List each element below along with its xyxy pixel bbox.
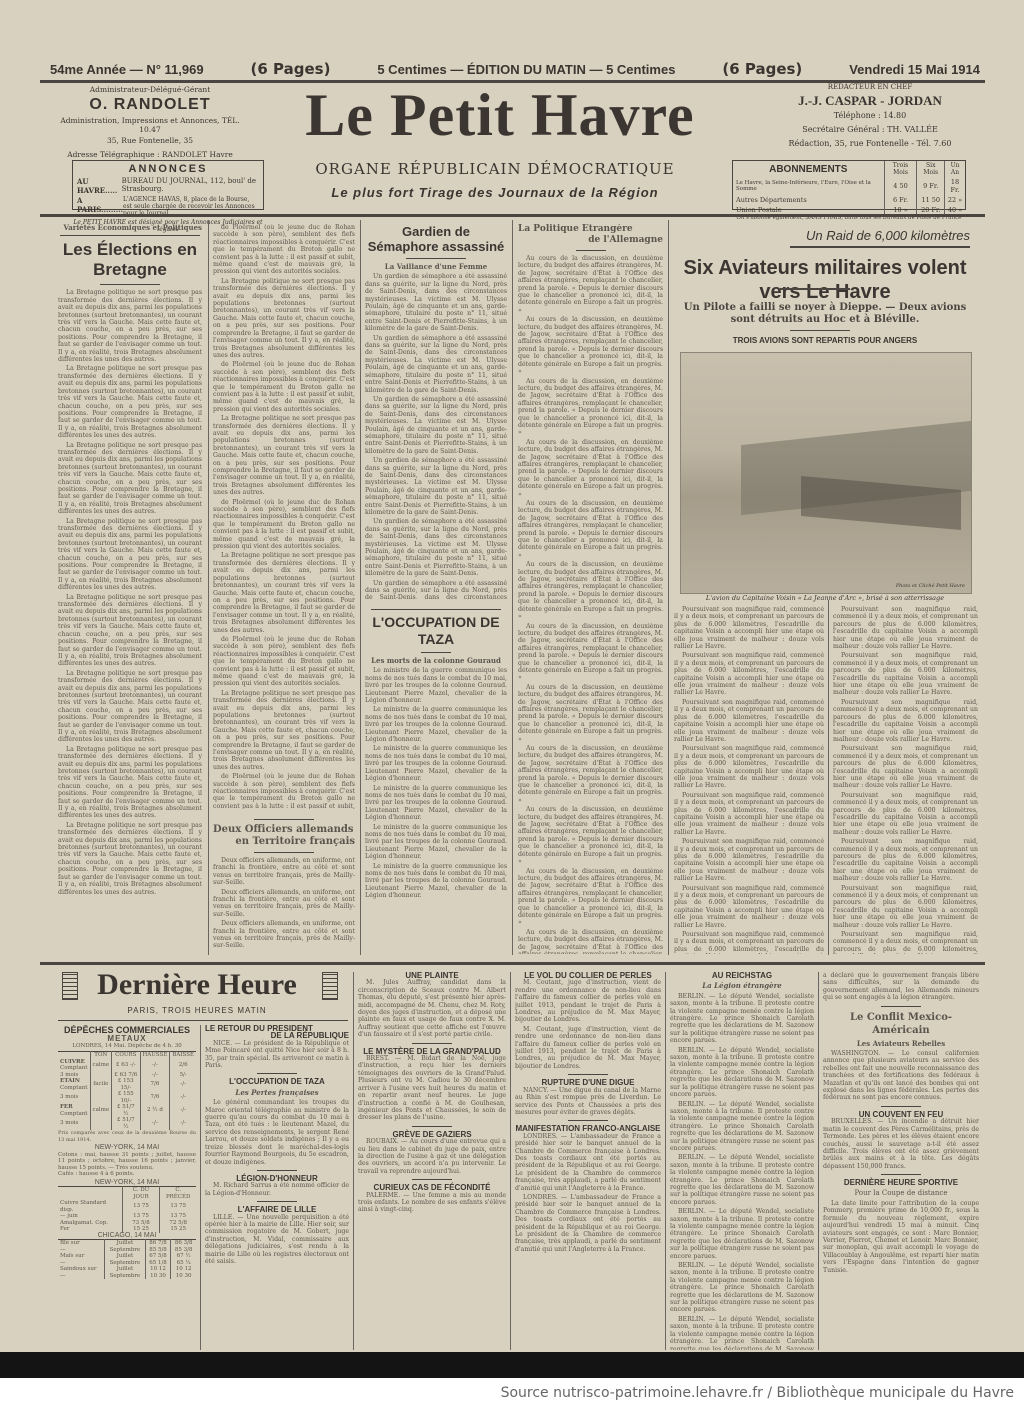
derniere-heure-subtitle: PARIS, TROIS HEURES MATIN — [72, 1006, 322, 1015]
photo-caption: L'avion du Capitaine Voisin « La Jeanne … — [680, 594, 970, 602]
admin-title: Administrateur-Délégué-Gérant — [50, 85, 250, 94]
bottom-column-5: AU REICHSTAG La Légion étrangère BERLIN.… — [670, 972, 814, 1350]
scan-edge — [0, 1352, 1024, 1378]
divider — [790, 330, 850, 331]
photo-credit: Photo et Cliché Petit Havre — [896, 583, 965, 589]
article-subhead: Pour la Coupe de distance — [823, 1190, 979, 1197]
article-body: Poursuivant son magnifique raid, commenc… — [674, 606, 824, 650]
divider — [881, 1006, 921, 1007]
abonnements-box: ABONNEMENTSTrois MoisSix MoisUn An Le Ha… — [732, 160, 966, 210]
table-row: CUIVREComptantcalme£ 63 -/--/-2/6 — [58, 1059, 196, 1072]
article-body: a déclaré que le gouvernement français l… — [823, 972, 979, 1002]
article-headline: Deux Officiers allemands — [213, 824, 355, 836]
airplane-photo: Photo et Cliché Petit Havre — [680, 352, 972, 594]
article-body: Le ministre de la guerre communique les … — [365, 667, 507, 704]
article-aviateurs-body-1: Poursuivant son magnifique raid, commenc… — [674, 606, 824, 954]
depeches-note: Prix comparés avec ceux de la deuxième B… — [58, 1130, 196, 1143]
divider — [881, 1174, 921, 1175]
article-headline: L'OCCUPATION DE TAZA — [365, 614, 507, 648]
bottom-column-4: LE VOL DU COLLIER DE PERLES M. Coutant, … — [515, 972, 661, 1350]
table-row: Blé surJuillet86 7/886 3/8 — [58, 1240, 196, 1247]
divider — [568, 1074, 608, 1075]
article-semaphore: Gardien de Sémaphore assassiné La Vailla… — [365, 224, 507, 599]
article-body: Le général commandant les troupes du Mar… — [205, 1099, 349, 1166]
column-divider — [818, 972, 819, 1350]
article-headline: Les Élections en Bretagne — [58, 240, 202, 280]
article-body: La Bretagne politique ne sort presque pa… — [58, 289, 202, 363]
article-kicker: Variétés Économiques et Politiques — [58, 224, 202, 231]
article-headline: UN COUVENT EN FEU — [823, 1111, 979, 1118]
article-subhead: Les Pertes françaises — [205, 1089, 349, 1096]
annonces-box: ANNONCES AU HAVRE.....BUREAU DU JOURNAL,… — [72, 160, 264, 210]
table-row: Autres Départements6 Fr.11 5022 » — [733, 195, 965, 205]
admin-telegraph: Adresse Télégraphique : RANDOLET Havre — [50, 150, 250, 159]
divider — [254, 852, 314, 853]
article-body: LILLE. — Une nouvelle perquisition a été… — [205, 1214, 349, 1266]
article-body: NANCY. — Une digue du canal de la Marne … — [515, 1087, 661, 1117]
divider — [881, 1106, 921, 1107]
article-taza: L'OCCUPATION DE TAZA Les morts de la col… — [365, 605, 507, 955]
article-body: WASHINGTON. — Le consul californien anno… — [823, 1050, 979, 1102]
aviateurs-subdeck: TROIS AVIONS SONT REPARTIS POUR ANGERS — [680, 336, 970, 345]
article-body: Poursuivant son magnifique raid, commenc… — [833, 606, 978, 650]
divider — [60, 235, 200, 236]
admin-name: O. RANDOLET — [50, 96, 250, 114]
article-body: La date limite pour l'attribution de la … — [823, 1200, 979, 1274]
pages-right: (6 Pages) — [722, 60, 802, 78]
column-divider — [360, 220, 361, 955]
source-credit: Source nutrisco-patrimoine.lehavre.fr / … — [501, 1385, 1014, 1401]
admin-block: Administrateur-Délégué-Gérant O. RANDOLE… — [50, 83, 250, 161]
divider — [40, 214, 985, 217]
divider — [568, 1120, 608, 1121]
top-info-line: 54me Année — N° 11,969 (6 Pages) 5 Centi… — [50, 58, 980, 80]
article-body: M. Richard Sarrus a été nommé officier d… — [205, 1182, 349, 1197]
redaction-address: Rédaction, 35, rue Fontenelle - Tél. 7.6… — [750, 139, 990, 148]
article-body: BRUXELLES. — Un incendie a détruit hier … — [823, 1118, 979, 1170]
article-subhead: La Vaillance d'une Femme — [365, 263, 507, 270]
bell-ornament-icon — [322, 972, 338, 1000]
article-headline: GRÈVE DE GAZIERS — [358, 1131, 506, 1138]
divider — [371, 609, 501, 610]
article-headline: Gardien de Sémaphore assassiné — [365, 224, 507, 254]
article-allemagne: La Politique Étrangère de l'Allemagne Au… — [518, 224, 663, 954]
editor-block: RÉDACTEUR EN CHEF J.-J. CASPAR - JORDAN … — [750, 83, 990, 148]
newspaper-title: Le Petit Havre — [250, 80, 750, 150]
divider — [421, 652, 451, 653]
article-body: LONDRES. — L'ambassadeur de France a pré… — [515, 1133, 661, 1192]
divider — [257, 1170, 297, 1171]
bottom-column-6: a déclaré que le gouvernement français l… — [823, 972, 979, 1350]
divider — [254, 819, 314, 820]
article-subhead: La Légion étrangère — [670, 982, 814, 989]
divider — [412, 1043, 452, 1044]
divider — [58, 1020, 348, 1021]
table-row: 3 mois£ 51/7 ½-/--/- — [58, 1117, 196, 1130]
column-divider — [208, 220, 209, 955]
article-body: Un gardien de sémaphore a été assassiné … — [365, 273, 507, 332]
table-row: Saindoux surJuillet10 1210 12 — [58, 1266, 196, 1273]
column-divider — [353, 972, 354, 1350]
table-row: 3 mois£ 155 10/-7/6-/- — [58, 1091, 196, 1104]
issue-number: 54me Année — N° 11,969 — [50, 62, 204, 77]
divider — [100, 284, 160, 285]
divider — [257, 1073, 297, 1074]
article-elections: Variétés Économiques et Politiques Les É… — [58, 224, 202, 954]
divider — [257, 1201, 297, 1202]
divider — [412, 1126, 452, 1127]
table-row: Le Havre, la Seine-Inférieure, l'Eure, l… — [733, 177, 965, 195]
table-row: —Septembre10 3010 30 — [58, 1273, 196, 1280]
newyork-table: C. DU JOURC. PRÉCÉD Cuivre Standard disp… — [58, 1186, 196, 1233]
bottom-column-3: UNE PLAINTE M. Jules Auffray, candidat d… — [358, 972, 506, 1350]
article-headline: CURIEUX CAS DE FÉCONDITÉ — [358, 1184, 506, 1191]
article-headline: LE MYSTÈRE DE LA GRAND'PALUD — [358, 1048, 506, 1055]
article-body: M. Jules Auffray, candidat dans la circo… — [358, 979, 506, 1038]
admin-address: 35, Rue Fontenelle, 35 — [50, 136, 250, 145]
article-officiers: Deux Officiers allemands en Territoire f… — [213, 815, 355, 955]
article-body: BREST. — M. Bidart de la Noë, juge d'ins… — [358, 1055, 506, 1122]
divider — [406, 258, 466, 259]
article-headline: RUPTURE D'UNE DIGUE — [515, 1079, 661, 1086]
column-divider — [200, 1025, 201, 1350]
article-body: ROUBAIX. — Au cours d'une entrevue qui a… — [358, 1138, 506, 1175]
divider — [790, 246, 970, 248]
column-divider — [512, 220, 513, 955]
article-body: Au cours de la discussion, en deuxième l… — [518, 255, 663, 314]
article-body: de Ploërmel (où le jeune duc de Rohan su… — [213, 224, 355, 276]
article-headline: La Politique Étrangère — [518, 224, 663, 235]
pages-left: (6 Pages) — [251, 60, 331, 78]
issue-date: Vendredi 15 Mai 1914 — [849, 62, 980, 77]
article-headline: L'OCCUPATION DE TAZA — [205, 1078, 349, 1085]
column-divider — [668, 220, 669, 955]
column-divider — [828, 600, 829, 955]
newspaper-page: 54me Année — N° 11,969 (6 Pages) 5 Centi… — [0, 0, 1024, 1378]
edition-price: 5 Centimes — ÉDITION DU MATIN — 5 Centim… — [377, 62, 675, 77]
chicago-table: Blé surJuillet86 7/886 3/8 —Septembre85 … — [58, 1239, 196, 1279]
aviateurs-deck: Un Pilote a failli se noyer à Dieppe. — … — [680, 302, 970, 326]
article-headline: AU REICHSTAG — [670, 972, 814, 979]
article-headline: L'AFFAIRE DE LILLE — [205, 1206, 349, 1213]
aviateurs-headline: Six Aviateurs militaires volent vers Le … — [675, 256, 975, 304]
article-subhead: Les Aviateurs Rebelles — [823, 1040, 979, 1047]
article-body: Deux officiers allemands, en uniforme, o… — [213, 857, 355, 887]
editor-name: J.-J. CASPAR - JORDAN — [750, 93, 990, 109]
cafes-line: Cafés : hausse 4 à 6 points. — [58, 1171, 196, 1178]
table-row: Cuivre Standard disp.13 7513 75 — [58, 1200, 196, 1213]
derniere-heure-title: Dernière Heure — [72, 968, 322, 1002]
londres-line: LONDRES, 14 Mai. Dépêche de 4 h. 30 — [58, 1043, 196, 1050]
article-subhead: Les morts de la colonne Gouraud — [365, 657, 507, 664]
depeches-commerciales: DÉPÊCHES COMMERCIALES METAUX LONDRES, 14… — [58, 1025, 196, 1350]
annonces-row: AU HAVRE.....BUREAU DU JOURNAL, 112, bou… — [73, 177, 263, 195]
table-row: FERComptantcalme£ 51/7 ½2 ½ d-/- — [58, 1104, 196, 1117]
article-headline: LÉGION-D'HONNEUR — [205, 1175, 349, 1182]
article-body: PALERME. — Une femme a mis au monde troi… — [358, 1192, 506, 1214]
column-divider — [510, 972, 511, 1350]
metaux-table: TONCOURSHAUSSEBAISSE CUIVREComptantcalme… — [58, 1051, 196, 1130]
article-headline: Le Conflit Mexico-Américain — [823, 1011, 979, 1037]
divider — [576, 250, 606, 251]
article-headline: UNE PLAINTE — [358, 972, 506, 979]
article-headline: MANIFESTATION FRANCO-ANGLAISE — [515, 1125, 661, 1132]
table-row: ETAINComptantfacile£ 153 15/-7/6-/- — [58, 1078, 196, 1091]
bottom-column-2: LE RETOUR DU PRÉSIDENT DE LA RÉPUBLIQUE … — [205, 1025, 349, 1350]
article-headline: DERNIÈRE HEURE SPORTIVE — [823, 1179, 979, 1186]
editor-title: RÉDACTEUR EN CHEF — [750, 83, 990, 91]
abonnements-table: ABONNEMENTSTrois MoisSix MoisUn An Le Ha… — [733, 161, 965, 215]
admin-line: Administration, Impressions et Annonces,… — [50, 116, 250, 134]
cotons-line: Cotons : mai, hausse 31 points ; juillet… — [58, 1152, 196, 1172]
newspaper-tagline: Le plus fort Tirage des Journaux de la R… — [260, 185, 730, 200]
article-body: NICE. — Le président de la République et… — [205, 1040, 349, 1070]
article-body: M. Coutant, juge d'instruction, vient de… — [515, 979, 661, 1023]
annonces-title: ANNONCES — [73, 163, 263, 175]
article-elections-continued: de Ploërmel (où le jeune duc de Rohan su… — [213, 224, 355, 809]
article-body: BERLIN. — Le député Wendel, socialiste s… — [670, 993, 814, 1045]
aviateurs-kicker: Un Raid de 6,000 kilomètres — [690, 228, 970, 243]
article-headline: LE VOL DU COLLIER DE PERLES — [515, 972, 661, 979]
column-divider — [665, 972, 666, 1350]
secretary: Secrétaire Général : TH. VALLÉE — [750, 125, 990, 134]
divider — [40, 962, 985, 965]
divider — [412, 1179, 452, 1180]
article-aviateurs-body-2: Poursuivant son magnifique raid, commenc… — [833, 606, 978, 954]
divider — [780, 288, 850, 290]
newspaper-subtitle: ORGANE RÉPUBLICAIN DÉMOCRATIQUE — [260, 160, 730, 178]
editor-phone: Téléphone : 14.80 — [750, 111, 990, 120]
